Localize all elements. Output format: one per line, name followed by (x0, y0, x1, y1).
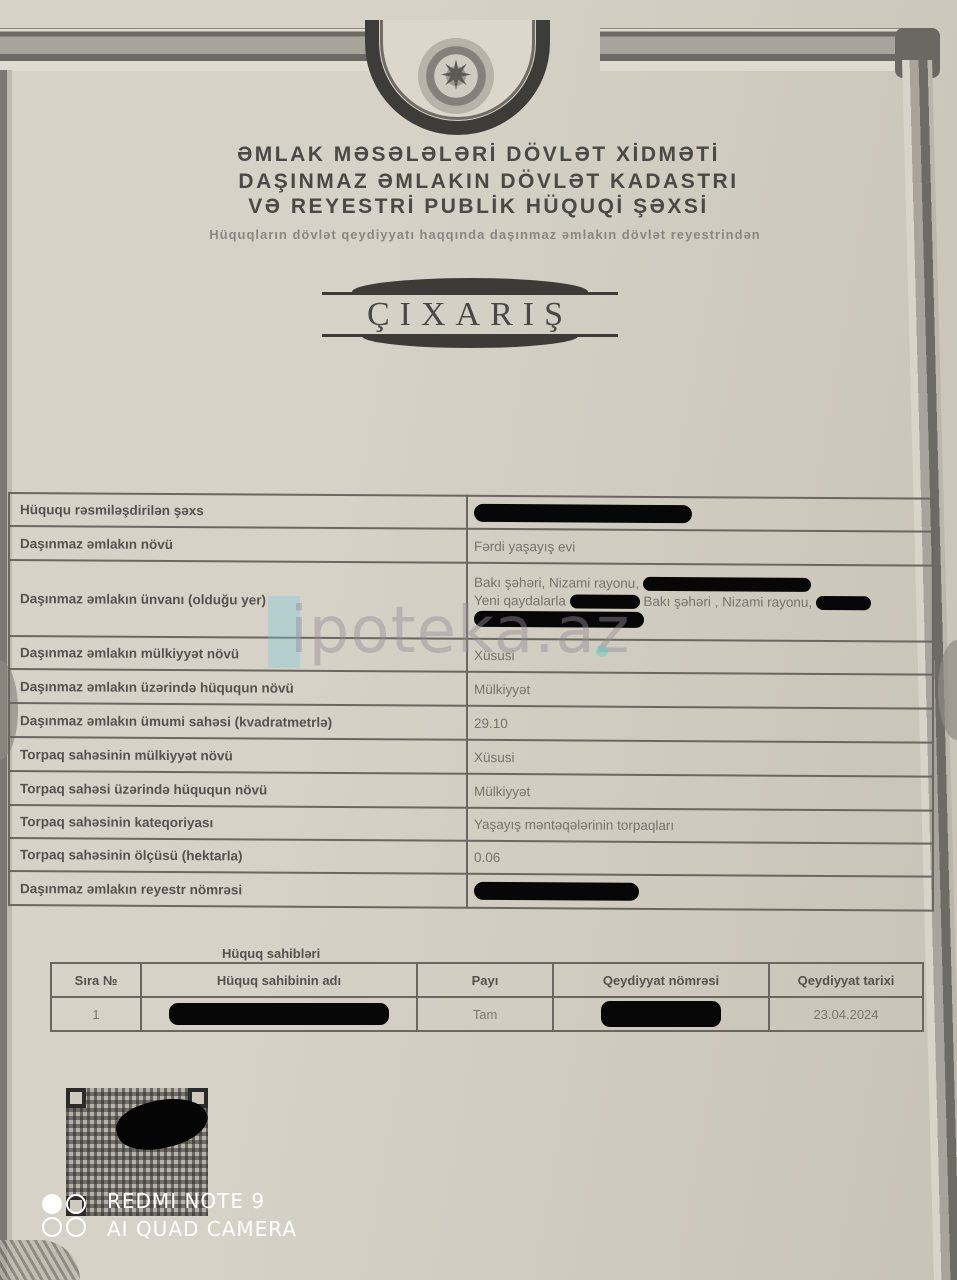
row-value (467, 496, 933, 532)
row-label: Torpaq sahəsi üzərində hüququn növü (9, 771, 467, 808)
table-row: 1 Tam 23.04.2024 (51, 997, 923, 1031)
camera-feature-text: AI QUAD CAMERA (107, 1217, 297, 1241)
column-header: Hüquq sahibinin adı (141, 963, 417, 997)
row-value: 29.10 (467, 706, 933, 743)
redaction-mark (601, 1001, 721, 1027)
owner-reg-number (553, 997, 769, 1031)
top-ornamental-border-right (600, 28, 920, 71)
organization-name-line-1: ƏMLAK MƏSƏLƏLƏRİ DÖVLƏT XİDMƏTİ (0, 143, 957, 167)
emblem-star-icon: ✷ (418, 38, 494, 114)
redaction-mark (816, 596, 871, 610)
document-title: ÇIXARIŞ (322, 296, 618, 334)
column-header: Qeydiyyat tarixi (769, 963, 923, 997)
title-ornament-bottom (362, 336, 578, 348)
owner-index: 1 (51, 997, 141, 1031)
logo-dot-filled (42, 1194, 62, 1214)
table-row: Torpaq sahəsinin ölçüsü (hektarla) 0.06 (9, 838, 933, 877)
row-label: Daşınmaz əmlakın reyestr nömrəsi (9, 871, 467, 908)
address-line-1: Bakı şəhəri, Nizami rayonu, (474, 575, 639, 591)
row-value: Fərdi yaşayış evi (467, 529, 933, 566)
title-rule-top (322, 292, 618, 295)
row-label: Daşınmaz əmlakın ümumi sahəsi (kvadratme… (9, 703, 467, 740)
organization-name-line-3: VƏ REYESTRİ PUBLİK HÜQUQİ ŞƏXSİ (0, 195, 957, 219)
owner-reg-date: 23.04.2024 (769, 997, 923, 1031)
row-label: Torpaq sahəsinin kateqoriyası (9, 805, 467, 841)
owners-section-title: Hüquq sahibləri (222, 946, 320, 961)
qr-finder-pattern (66, 1088, 86, 1108)
watermark-dot (596, 645, 608, 657)
table-row: Daşınmaz əmlakın ümumi sahəsi (kvadratme… (9, 703, 933, 743)
redaction-mark (474, 503, 692, 522)
document-subtitle: Hüquqların dövlət qeydiyyatı haqqında da… (50, 227, 920, 242)
site-watermark: ipoteka.az (290, 596, 630, 666)
camera-model-text: REDMI NOTE 9 (107, 1189, 265, 1213)
table-row: Daşınmaz əmlakın reyestr nömrəsi (9, 871, 933, 911)
table-row: Torpaq sahəsinin kateqoriyası Yaşayış mə… (9, 805, 933, 844)
camera-brand-logo-icon (40, 1192, 90, 1240)
owners-header-row: Sıra № Hüquq sahibinin adı Payı Qeydiyya… (51, 963, 923, 997)
redaction-mark (169, 1003, 389, 1025)
row-value: Mülkiyyət (467, 774, 933, 811)
address-line-3: Bakı şəhəri , Nizami rayonu, (643, 594, 812, 610)
row-label: Torpaq sahəsinin ölçüsü (hektarla) (9, 838, 467, 874)
row-label: Daşınmaz əmlakın növü (9, 526, 467, 563)
organization-name-line-2: DAŞINMAZ ƏMLAKIN DÖVLƏT KADASTRI (10, 170, 957, 194)
logo-loop-left (42, 1217, 62, 1237)
title-ornament-top (352, 278, 588, 292)
logo-loop-right (66, 1217, 86, 1237)
column-header: Qeydiyyat nömrəsi (553, 963, 769, 997)
table-row: Torpaq sahəsinin mülkiyyət növü Xüsusi (9, 737, 933, 777)
row-value: Xüsusi (467, 740, 933, 777)
row-value: Mülkiyyət (467, 672, 933, 709)
owner-name (141, 997, 417, 1031)
column-header: Sıra № (51, 963, 141, 997)
owner-share: Tam (417, 997, 553, 1031)
redaction-mark (643, 577, 811, 592)
logo-dot-outline (66, 1194, 86, 1214)
column-header: Payı (417, 963, 553, 997)
redaction-mark (474, 882, 639, 901)
row-value: Yaşayış məntəqələrinin torpaqları (467, 808, 933, 844)
row-label: Hüququ rəsmiləşdirilən şəxs (9, 493, 467, 529)
row-value: 0.06 (467, 841, 933, 877)
document-title-banner: ÇIXARIŞ (322, 278, 618, 350)
table-row: Hüququ rəsmiləşdirilən şəxs (9, 493, 933, 532)
row-label: Daşınmaz əmlakın üzərində hüququn növü (9, 669, 467, 706)
owners-table: Sıra № Hüquq sahibinin adı Payı Qeydiyya… (50, 962, 924, 1032)
table-row: Torpaq sahəsi üzərində hüququn növü Mülk… (9, 771, 933, 811)
table-row: Daşınmaz əmlakın üzərində hüququn növü M… (9, 669, 933, 709)
row-label: Torpaq sahəsinin mülkiyyət növü (9, 737, 467, 774)
property-details-table: Hüququ rəsmiləşdirilən şəxs Daşınmaz əml… (8, 492, 934, 912)
row-value (467, 874, 933, 911)
table-row: Daşınmaz əmlakın növü Fərdi yaşayış evi (9, 526, 933, 566)
top-ornamental-border (0, 28, 370, 71)
